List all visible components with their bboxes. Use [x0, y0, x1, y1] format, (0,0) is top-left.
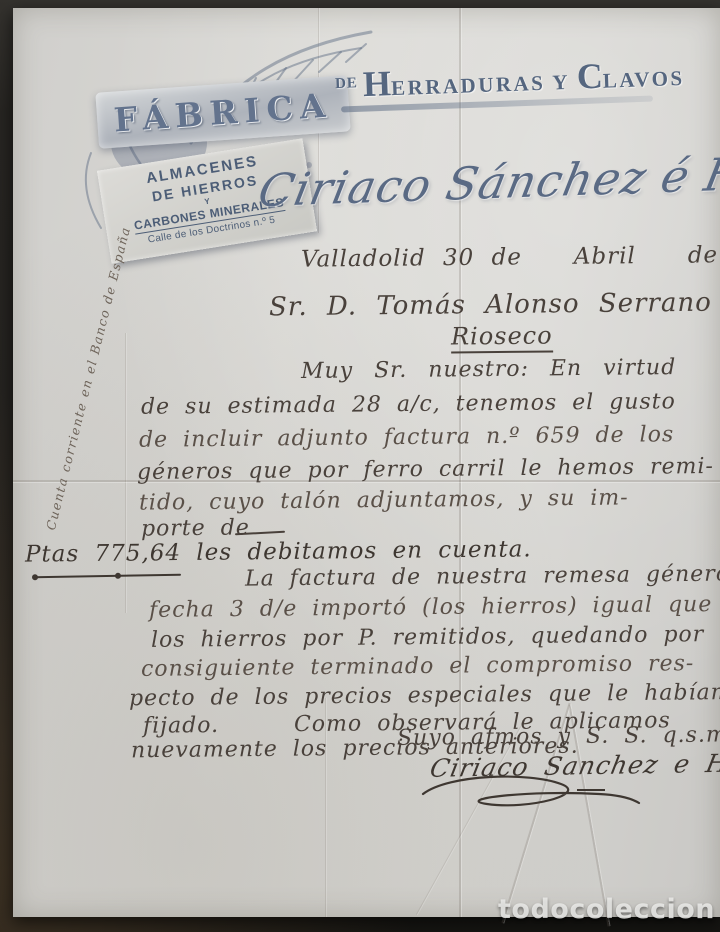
- photo-background: FÁBRICA DEHERRADURAS Y CLAVOS ALMACENES …: [0, 0, 720, 932]
- letter-paper: FÁBRICA DEHERRADURAS Y CLAVOS ALMACENES …: [13, 8, 720, 917]
- signature-flourish-icon: [409, 770, 649, 815]
- ink-dot: [32, 574, 38, 580]
- body-line: pecto de los precios especiales que le h…: [129, 680, 720, 712]
- subtitle-clavos-rest: LAVOS: [603, 66, 686, 93]
- dateline: Valladolid 30 de Abril de 1908.: [301, 241, 720, 272]
- recipient-city: Rioseco: [451, 321, 553, 353]
- subtitle-herraduras-rest: ERRADURAS Y: [391, 70, 578, 100]
- todocoleccion-watermark: todocoleccion: [498, 894, 715, 925]
- fabrica-title: FÁBRICA: [113, 85, 334, 139]
- margin-note-banco-espana: Cuenta corriente en el Banco de España: [43, 225, 133, 532]
- ink-dot: [115, 573, 121, 579]
- body-line: de su estimada 28 a/c, tenemos el gusto: [141, 389, 676, 420]
- body-line: consiguiente terminado el compromiso res…: [141, 651, 695, 682]
- subtitle-c-initial: C: [576, 56, 603, 97]
- body-line: de incluir adjunto factura n.º 659 de lo…: [139, 422, 674, 453]
- company-name-script: Ciriaco Sánchez é Hijo: [254, 148, 720, 217]
- body-line: fecha 3 d/e importó (los hierros) igual …: [149, 592, 713, 623]
- body-line: los hierros por P. remitidos, quedando p…: [151, 622, 704, 653]
- salutation-line: Muy Sr. nuestro: En virtud: [301, 355, 676, 384]
- closing-line: Suyo afmos y S. S. q.s.m.b.: [397, 722, 720, 751]
- fold-crease-vertical-left: [125, 333, 126, 613]
- subtitle-h-initial: H: [362, 63, 391, 104]
- ink-rule-with-dots: [33, 574, 181, 579]
- body-line: La factura de nuestra remesa géneros: [245, 561, 720, 591]
- body-line: tido, cuyo talón adjuntamos, y su im-: [139, 485, 629, 515]
- body-line: porte de: [141, 515, 250, 541]
- amount-line: Ptas 775,64 les debitamos en cuenta.: [25, 536, 532, 567]
- fabrica-banner: FÁBRICA: [95, 75, 350, 148]
- subtitle-de: DE: [335, 75, 358, 92]
- recipient-name: Sr. D. Tomás Alonso Serrano: [269, 288, 712, 323]
